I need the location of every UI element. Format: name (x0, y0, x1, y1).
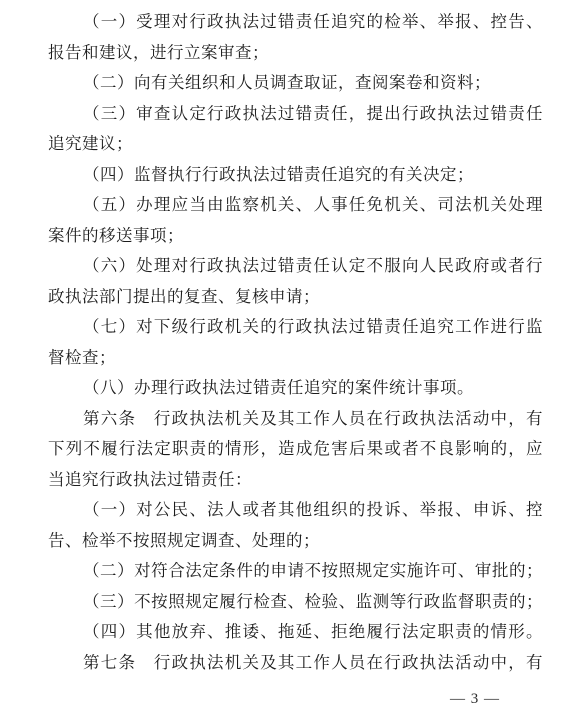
document-line: （六）处理对行政执法过错责任认定不服向人民政府或者行 (48, 251, 543, 282)
document-line: （三）审查认定行政执法过错责任，提出行政执法过错责任 (48, 99, 543, 130)
document-line: 第六条 行政执法机关及其工作人员在行政执法活动中，有 (48, 404, 543, 435)
document-line: （七）对下级行政机关的行政执法过错责任追究工作进行监 (48, 312, 543, 343)
document-line: 第七条 行政执法机关及其工作人员在行政执法活动中，有 (48, 648, 543, 679)
document-line: （四）其他放弃、推诿、拖延、拒绝履行法定职责的情形。 (48, 617, 543, 648)
document-line: 当追究行政执法过错责任： (48, 465, 543, 496)
document-line: 下列不履行法定职责的情形，造成危害后果或者不良影响的，应 (48, 434, 543, 465)
document-line: 追究建议； (48, 129, 543, 160)
document-body: （一）受理对行政执法过错责任追究的检举、举报、控告、报告和建议，进行立案审查；（… (48, 7, 543, 678)
document-line: （一）受理对行政执法过错责任追究的检举、举报、控告、 (48, 7, 543, 38)
document-line: 政执法部门提出的复查、复核申请； (48, 282, 543, 313)
document-line: 报告和建议，进行立案审查； (48, 38, 543, 69)
document-line: （四）监督执行行政执法过错责任追究的有关决定； (48, 160, 543, 191)
document-line: （一）对公民、法人或者其他组织的投诉、举报、申诉、控 (48, 495, 543, 526)
page-number: — 3 — (450, 691, 500, 707)
document-line: 告、检举不按照规定调查、处理的； (48, 526, 543, 557)
document-line: （二）对符合法定条件的申请不按照规定实施许可、审批的； (48, 556, 543, 587)
document-line: （三）不按照规定履行检查、检验、监测等行政监督职责的； (48, 587, 543, 618)
document-line: （八）办理行政执法过错责任追究的案件统计事项。 (48, 373, 543, 404)
document-line: （二）向有关组织和人员调查取证，查阅案卷和资料； (48, 68, 543, 99)
document-page: （一）受理对行政执法过错责任追究的检举、举报、控告、报告和建议，进行立案审查；（… (0, 0, 572, 712)
document-line: 案件的移送事项； (48, 221, 543, 252)
document-line: （五）办理应当由监察机关、人事任免机关、司法机关处理 (48, 190, 543, 221)
document-line: 督检查； (48, 343, 543, 374)
page-footer: — 3 — (450, 688, 500, 710)
